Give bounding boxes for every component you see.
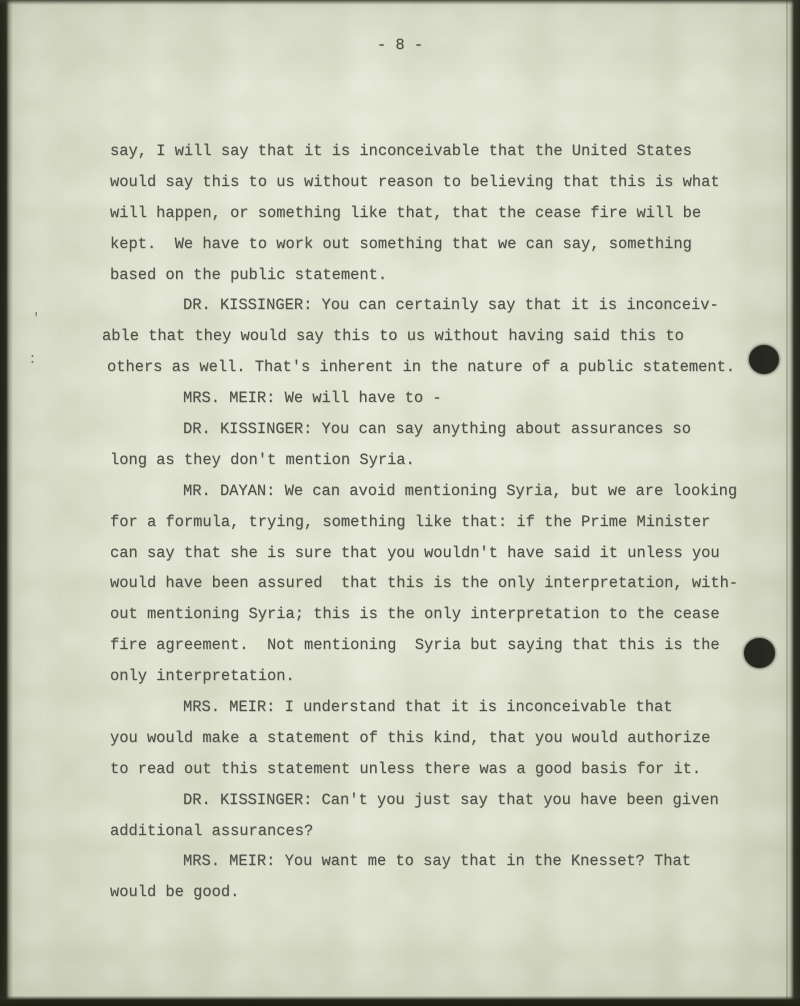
scan-edge-left <box>0 0 13 1006</box>
pencil-mark: ' <box>32 312 40 326</box>
text-line: out mentioning Syria; this is the only i… <box>110 599 770 630</box>
text-line: MRS. MEIR: I understand that it is incon… <box>110 692 770 723</box>
text-line: would say this to us without reason to b… <box>110 167 770 198</box>
text-line: additional assurances? <box>110 816 770 847</box>
scanned-document-page: - 8 - say, I will say that it is inconce… <box>0 0 800 1006</box>
text-line: to read out this statement unless there … <box>110 754 770 785</box>
text-line: kept. We have to work out something that… <box>110 229 770 260</box>
hole-punch-dot <box>749 345 779 374</box>
transcript-text-block: say, I will say that it is inconceivable… <box>110 136 770 908</box>
hole-punch-dot <box>744 638 775 668</box>
text-line: able that they would say this to us with… <box>102 321 770 352</box>
text-line: MRS. MEIR: We will have to - <box>110 383 770 414</box>
text-line: long as they don't mention Syria. <box>110 445 770 476</box>
text-line: you would make a statement of this kind,… <box>110 723 770 754</box>
text-line: MRS. MEIR: You want me to say that in th… <box>110 846 770 877</box>
text-line: only interpretation. <box>110 661 770 692</box>
text-line: will happen, or something like that, tha… <box>110 198 770 229</box>
pencil-mark: : <box>28 353 37 367</box>
page-number: - 8 - <box>0 36 800 54</box>
scan-edge-top <box>0 0 800 5</box>
text-line: DR. KISSINGER: You can certainly say tha… <box>110 290 770 321</box>
text-line: based on the public statement. <box>110 260 770 291</box>
text-line: would be good. <box>110 877 770 908</box>
text-line: say, I will say that it is inconceivable… <box>110 136 770 167</box>
text-line: others as well. That's inherent in the n… <box>107 352 770 383</box>
scan-edge-bottom <box>0 996 800 1006</box>
text-line: DR. KISSINGER: Can't you just say that y… <box>110 785 770 816</box>
text-line: can say that she is sure that you wouldn… <box>110 538 770 569</box>
scan-edge-right <box>788 0 800 1006</box>
text-line: would have been assured that this is the… <box>110 568 770 599</box>
text-line: for a formula, trying, something like th… <box>110 507 770 538</box>
text-line: MR. DAYAN: We can avoid mentioning Syria… <box>110 476 770 507</box>
text-line: fire agreement. Not mentioning Syria but… <box>110 630 770 661</box>
text-line: DR. KISSINGER: You can say anything abou… <box>110 414 770 445</box>
